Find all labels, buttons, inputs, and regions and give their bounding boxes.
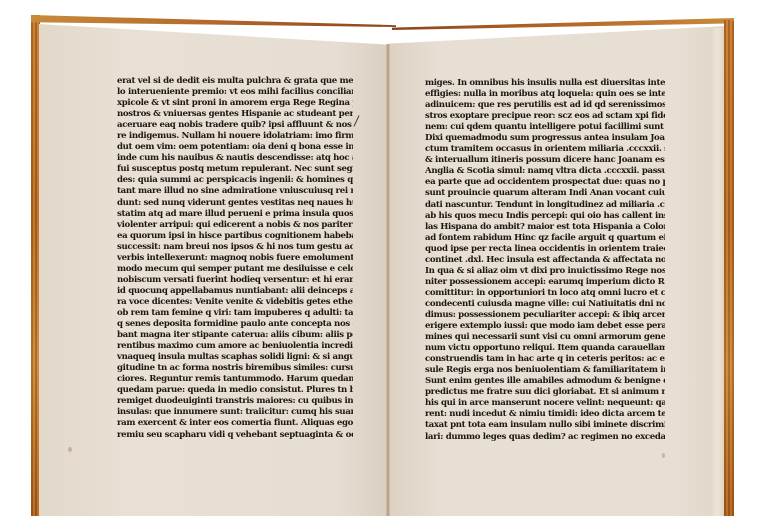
- left-page-text: erat vel si de dedit eis multa pulchra &…: [117, 76, 353, 441]
- open-book-photo: erat vel si de dedit eis multa pulchra &…: [0, 0, 774, 516]
- text-line: stros exoptare precipue reor: scz eos ad…: [425, 111, 665, 122]
- text-line: remiget duodeuiginti transtris maiores: …: [117, 396, 353, 407]
- text-line: miges. In omnibus his insulis nulla est …: [425, 78, 665, 89]
- text-line: verbis intellexerunt: magnoq nobis fuere…: [117, 253, 353, 264]
- text-line: rent: nudi incedut & nimiu timidi: ideo …: [425, 409, 665, 420]
- foxing-spot: [662, 453, 665, 458]
- leather-cover-top-right-edge: [392, 18, 734, 30]
- text-line: taxat pnt tota eam insulam nullo sibi im…: [425, 420, 665, 431]
- text-line: des: quia summi ac perspicacis ingenii: …: [117, 175, 353, 186]
- text-line: statim atq ad mare illud perueni e prima…: [117, 209, 353, 220]
- text-line: construendis tam in hac arte q in ceteri…: [425, 354, 665, 365]
- text-line: ab his quos mecu Indis percepi: qui oio …: [425, 211, 665, 222]
- text-line: sunt prouincie quarum alteram Indi Anan …: [425, 188, 665, 199]
- text-line: Dixi quemadmodu sum progressus antea ins…: [425, 133, 665, 144]
- text-line: num victu opportuno reliqui. Item quanda…: [425, 343, 665, 354]
- text-line: violenter arripui: qui edicerent a nobis…: [117, 220, 353, 231]
- leather-cover-right-edge: [724, 20, 734, 516]
- text-line: aceruare eaq nobis tradere quib? ipsi af…: [117, 120, 353, 131]
- text-line: ctum tramitem occasus in orientem miliar…: [425, 144, 665, 155]
- text-line: nobiscum versati fuerint hodieq versentu…: [117, 275, 353, 286]
- foxing-spot: [68, 447, 72, 452]
- text-line: ra voce dicentes: Venite venite & videbi…: [117, 297, 353, 308]
- text-line: ram exercent & inter eos comertia fiunt.…: [117, 418, 353, 429]
- text-line: dati nascuntur. Tendunt in longitudinez …: [425, 200, 665, 211]
- text-line: condecenti cuiusda magne ville: cui Nati…: [425, 299, 665, 310]
- text-line: dut oem vim: oem potentiam: oia deni q b…: [117, 142, 353, 153]
- text-line: re indigemus. Nullam hi nouere idolatria…: [117, 131, 353, 142]
- text-line: comittitur: in opportuniori tn loco atq …: [425, 288, 665, 299]
- text-line: his qui in arce manserunt nocere velint:…: [425, 398, 665, 409]
- text-line: sule Regis erga nos beniuolentiam & fami…: [425, 365, 665, 376]
- text-line: las Hispana do ambit? maior est tota His…: [425, 222, 665, 233]
- text-line: q senes deposita formidine paulo ante co…: [117, 319, 353, 330]
- leather-cover-top-left-edge: [31, 15, 396, 27]
- text-line: bant magna iter stipante caterua: aliis …: [117, 330, 353, 341]
- text-line: ob rem tam femine q viri: tam impuberes …: [117, 308, 353, 319]
- right-page-fore-edge: [712, 28, 724, 516]
- text-line: xpicole & vt sint proni in amorem erga R…: [117, 98, 353, 109]
- text-line: mines qui necessarii sunt visi cu omni a…: [425, 332, 665, 343]
- book-gutter: [386, 44, 390, 516]
- text-line: In qua & si aliaz oim vt dixi pro inuict…: [425, 266, 665, 277]
- text-line: lo interueniente premio: vt eos mihi fac…: [117, 87, 353, 98]
- text-line: id quocunq appellabamus nuntiabant: alii…: [117, 286, 353, 297]
- text-line: vnaqueq insula multas scaphas solidi lig…: [117, 352, 353, 363]
- text-line: erigere extemplo iussi: que modo iam deb…: [425, 321, 665, 332]
- text-line: insulas: que innumere sunt: traiicitur: …: [117, 407, 353, 418]
- text-line: lari: dummo leges quas dedim? ac regimen…: [425, 432, 665, 443]
- text-line: ad fontem rabidum Hinc qz facile arguit …: [425, 233, 665, 244]
- text-line: ea parte que ad occidentem prospectat du…: [425, 177, 665, 188]
- right-page-text: miges. In omnibus his insulis nulla est …: [425, 78, 665, 443]
- text-line: modo mecum qui semper putant me desiluis…: [117, 264, 353, 275]
- text-line: quod ipse per recta linea occidentis in …: [425, 244, 665, 255]
- leather-cover-left-edge: [31, 15, 40, 516]
- text-line: rentibus maximo cum amore ac beniuolenti…: [117, 341, 353, 352]
- text-line: Sunt enim gentes ille amabiles admodum &…: [425, 376, 665, 387]
- text-line: dunt: sed nunq viderunt gentes vestitas …: [117, 198, 353, 209]
- text-line: tant mare illud no sine admiratione vniu…: [117, 186, 353, 197]
- text-line: niter possessionem accepi: earumq imperi…: [425, 277, 665, 288]
- text-line: remiu seu scapharu vidi q vehebant septu…: [117, 430, 353, 441]
- text-line: erat vel si de dedit eis multa pulchra &…: [117, 76, 353, 87]
- text-line: successit: nam breui nos ipsos & hi nos …: [117, 242, 353, 253]
- text-line: & interuallum itineris possum dicere han…: [425, 155, 665, 166]
- text-line: ciores. Reguntur remis tantummodo. Harum…: [117, 374, 353, 385]
- text-line: gitudine tn ac forma nostris biremibus s…: [117, 363, 353, 374]
- text-line: nem: cui qdem quantu intelligere potui f…: [425, 122, 665, 133]
- text-line: adinuicem: que res perutilis est ad id q…: [425, 100, 665, 111]
- text-line: quedam parue: queda in medio consistut. …: [117, 385, 353, 396]
- text-line: nostros & vniuersas gentes Hispanie ac s…: [117, 109, 353, 120]
- text-line: dimus: possessionem peculiariter accepi:…: [425, 310, 665, 321]
- text-line: Anglia & Scotia simul: namq vltra dicta …: [425, 166, 665, 177]
- text-line: fui susceptus postq metum repulerant. Ne…: [117, 164, 353, 175]
- text-line: continet .dxl. Hec insula est affectanda…: [425, 255, 665, 266]
- text-line: ea quorum ipsi in hisce partibus cogniti…: [117, 231, 353, 242]
- text-line: inde cum his nauibus & nautis descendiss…: [117, 153, 353, 164]
- text-line: predictus me fratre suu dici gloriabat. …: [425, 387, 665, 398]
- text-line: effigies: nulla in moribus atq loquela: …: [425, 89, 665, 100]
